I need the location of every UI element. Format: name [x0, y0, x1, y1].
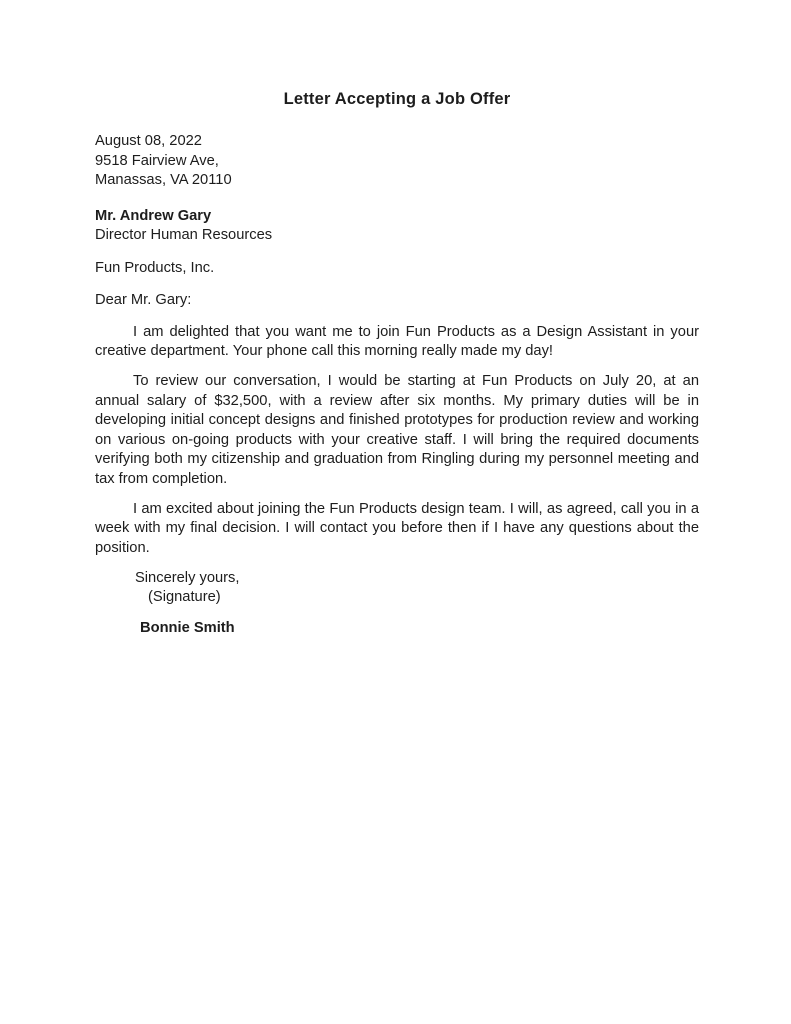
company-name: Fun Products, Inc. — [95, 259, 699, 279]
letter-page: Letter Accepting a Job Offer August 08, … — [0, 0, 791, 1024]
signature-name: Bonnie Smith — [140, 619, 699, 639]
signature-placeholder: (Signature) — [148, 588, 699, 608]
body-paragraph-3: I am excited about joining the Fun Produ… — [95, 500, 699, 559]
document-title: Letter Accepting a Job Offer — [95, 88, 699, 110]
closing-phrase: Sincerely yours, — [135, 569, 699, 589]
date-line: August 08, 2022 — [95, 132, 699, 152]
recipient-block: Mr. Andrew Gary Director Human Resources — [95, 207, 699, 246]
body-paragraph-2: To review our conversation, I would be s… — [95, 372, 699, 489]
date-address-block: August 08, 2022 9518 Fairview Ave, Manas… — [95, 132, 699, 191]
recipient-title: Director Human Resources — [95, 226, 699, 246]
body-paragraph-1: I am delighted that you want me to join … — [95, 323, 699, 362]
salutation: Dear Mr. Gary: — [95, 291, 699, 311]
closing-block: Sincerely yours, (Signature) Bonnie Smit… — [95, 569, 699, 639]
company-block: Fun Products, Inc. — [95, 259, 699, 279]
sender-address-line-2: Manassas, VA 20110 — [95, 171, 699, 191]
salutation-block: Dear Mr. Gary: — [95, 291, 699, 311]
recipient-name: Mr. Andrew Gary — [95, 207, 699, 227]
sender-address-line-1: 9518 Fairview Ave, — [95, 152, 699, 172]
